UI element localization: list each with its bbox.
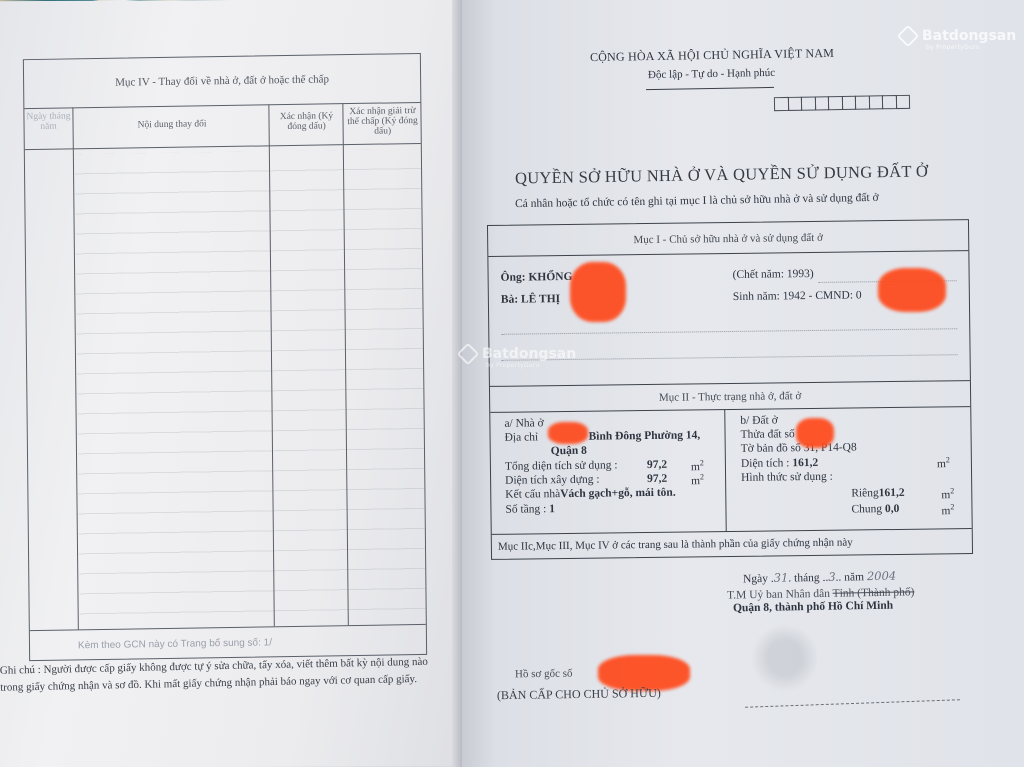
section-i-heading: Mục I - Chủ sở hữu nhà ở và sử dụng đất … (488, 224, 968, 254)
section-iv-title: Mục IV - Thay đổi về nhà ở, đất ở hoặc t… (24, 72, 420, 90)
supplement-page-note: Kèm theo GCN này có Trang bổ sung số: 1/ (78, 637, 272, 651)
serial-number-boxes (775, 95, 910, 111)
column-divider (724, 409, 727, 532)
land-area-unit: m2 (937, 455, 950, 470)
changes-table: Mục IV - Thay đổi về nhà ở, đất ở hoặc t… (23, 53, 427, 661)
serial-box (814, 96, 829, 110)
house-label: a/ Nhà ở (504, 417, 543, 429)
column-header-date: Ngày tháng năm (24, 111, 72, 132)
shared-area-unit: m2 (941, 502, 954, 517)
build-area-value: 97,2 (647, 473, 667, 485)
motto: Độc lập - Tự do - Hạnh phúc (648, 67, 775, 81)
certificate-components-note: Mục IIc,Mục III, Mục IV ở các trang sau … (492, 529, 972, 559)
shared-area-row: Chung 0,0 (851, 503, 899, 516)
serial-box (855, 96, 870, 110)
batdongsan-logo-icon (897, 25, 920, 48)
private-area-row: Riêng161,2 (851, 487, 905, 500)
owner-2-note: Sinh năm: 1942 - CMND: 0 (733, 289, 862, 303)
land-area-row: Diện tích : 161,2 (741, 457, 818, 470)
table-body-rows (75, 149, 426, 625)
structure-row: Kết cấu nhàVách gạch+gỗ, mái tôn. (505, 487, 676, 501)
address-value: Bình Đông Phường 14, (588, 429, 700, 442)
address-district: Quận 8 (551, 445, 587, 457)
usage-label: Hình thức sử dụng : (741, 471, 833, 484)
official-stamp-signature (745, 618, 825, 698)
owner-2: Bà: LÊ THỊ (501, 293, 560, 306)
issue-date: Ngày .31. tháng ..3.. năm 2004 (743, 569, 896, 586)
watermark-top: Batdongsan by PropertyGuru (900, 28, 1016, 51)
redaction-mark (570, 262, 626, 322)
floors-row: Số tầng : 1 (505, 503, 555, 516)
serial-box (895, 95, 910, 109)
serial-box (828, 96, 843, 110)
column-header-release: Xác nhận giải trừ thế chấp (Ký đóng dấu) (344, 106, 420, 137)
serial-box (787, 97, 802, 111)
serial-box (868, 95, 883, 109)
file-number-label: Hồ sơ gốc số (515, 668, 573, 681)
serial-box (841, 96, 856, 110)
left-page: Mục IV - Thay đổi về nhà ở, đất ở hoặc t… (0, 0, 462, 767)
column-header-confirm: Xác nhận (Ký đóng dấu) (270, 111, 342, 132)
watermark-center: Batdongsan by PropertyGuru (460, 346, 576, 369)
redaction-mark (548, 422, 588, 444)
redaction-mark (878, 268, 946, 312)
redaction-mark (796, 418, 834, 448)
build-area-unit: m2 (691, 472, 704, 487)
serial-box (801, 96, 816, 110)
total-area-unit: m2 (691, 458, 704, 473)
parcel-label: Thửa đất số (740, 428, 794, 441)
total-area-label: Tổng diện tích sử dụng : (505, 459, 618, 472)
serial-box (774, 97, 789, 111)
build-area-label: Diện tích xây dựng : (505, 474, 600, 487)
owner-1: Ông: KHỔNG (501, 271, 573, 284)
owner-1-note: (Chết năm: 1993) (733, 268, 814, 281)
total-area-value: 97,2 (647, 459, 667, 471)
dotted-line (501, 328, 957, 335)
serial-box (882, 95, 897, 109)
owner-copy-label: (BẢN CẤP CHO CHỦ SỞ HỮU) (497, 686, 661, 703)
land-label: b/ Đất ở (740, 414, 778, 426)
private-area-unit: m2 (941, 486, 954, 501)
address-label: Địa chỉ (504, 431, 538, 443)
